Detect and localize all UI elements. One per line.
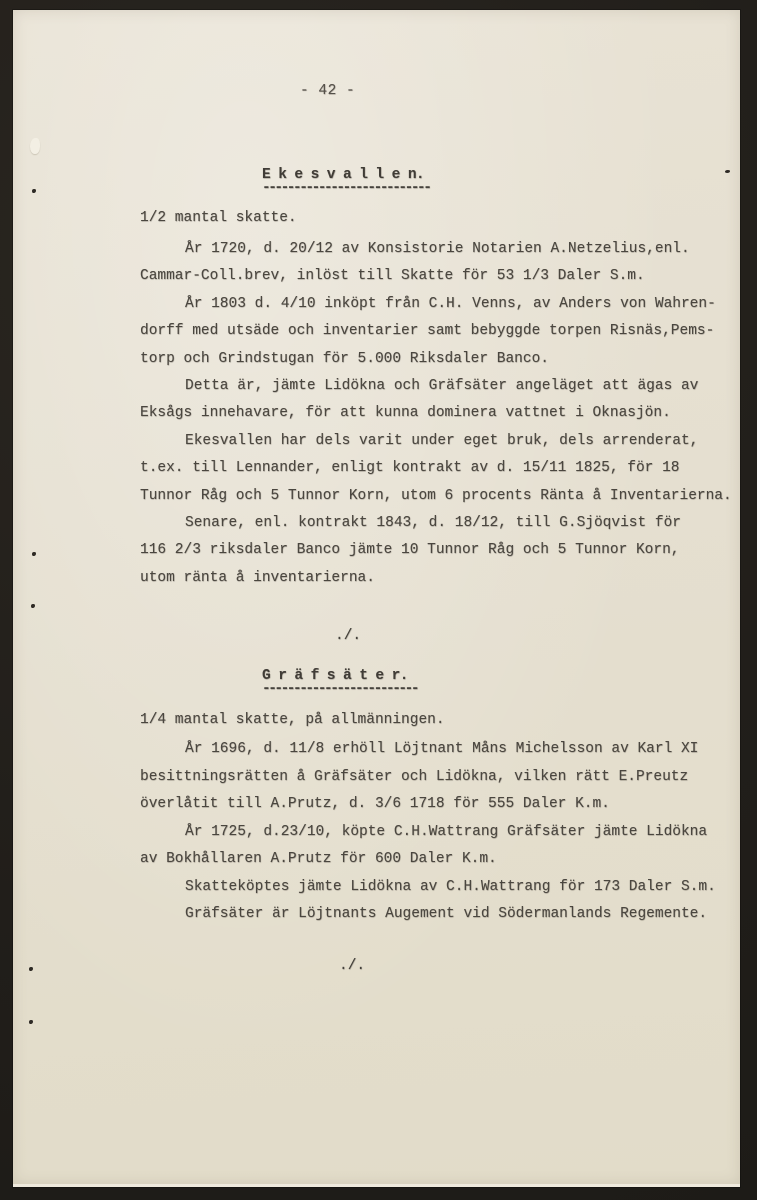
text-line: 116 2/3 riksdaler Banco jämte 10 Tunnor … xyxy=(140,537,732,564)
text-line: Gräfsäter är Löjtnants Augement vid Söde… xyxy=(140,901,716,929)
section-heading-ekesvallen: E k e s v a l l e n. -------------------… xyxy=(262,167,429,193)
text-line: av Bokhållaren A.Prutz för 600 Daler K.m… xyxy=(140,846,716,874)
text-line: Tunnor Råg och 5 Tunnor Korn, utom 6 pro… xyxy=(140,483,732,510)
text-line: Cammar-Coll.brev, inlöst till Skatte för… xyxy=(140,263,732,290)
paper-scuff xyxy=(30,138,40,154)
paper-speck xyxy=(32,552,36,556)
text-line: Skatteköptes jämte Lidökna av C.H.Wattra… xyxy=(140,874,716,902)
page-number: - 42 - xyxy=(300,83,355,99)
text-line: t.ex. till Lennander, enligt kontrakt av… xyxy=(140,455,732,482)
text-line: utom ränta å inventarierna. xyxy=(140,565,732,592)
section-subheading: 1/4 mantal skatte, på allmänningen. xyxy=(140,712,445,728)
text-line: besittningsrätten å Gräfsäter och Lidökn… xyxy=(140,764,716,792)
text-line: År 1725, d.23/10, köpte C.H.Wattrang Grä… xyxy=(140,819,716,847)
text-line: dorff med utsäde och inventarier samt be… xyxy=(140,318,732,345)
scanned-document-screenshot: { "colors": { "background": "#211e1a", "… xyxy=(0,0,757,1200)
text-line: torp och Grindstugan för 5.000 Riksdaler… xyxy=(140,346,732,373)
text-line: År 1720, d. 20/12 av Konsistorie Notarie… xyxy=(140,236,732,263)
paper-speck xyxy=(725,170,730,173)
paper-speck xyxy=(32,189,36,193)
text-line: överlåtit till A.Prutz, d. 3/6 1718 för … xyxy=(140,791,716,819)
text-line: År 1803 d. 4/10 inköpt från C.H. Venns, … xyxy=(140,291,732,318)
document-page: - 42 - E k e s v a l l e n. ------------… xyxy=(13,10,740,1187)
text-line: År 1696, d. 11/8 erhöll Löjtnant Måns Mi… xyxy=(140,736,716,764)
text-line: Senare, enl. kontrakt 1843, d. 18/12, ti… xyxy=(140,510,732,537)
section-separator: ./. xyxy=(339,958,365,974)
paper-speck xyxy=(29,1020,33,1024)
section-body-grafsater: År 1696, d. 11/8 erhöll Löjtnant Måns Mi… xyxy=(140,736,716,929)
paper-speck xyxy=(29,967,33,971)
paper-speck xyxy=(31,604,35,608)
section-separator: ./. xyxy=(335,628,361,644)
section-subheading: 1/2 mantal skatte. xyxy=(140,210,297,226)
heading-underline: ------------------------- xyxy=(262,685,417,694)
text-line: Ekesvallen har dels varit under eget bru… xyxy=(140,428,732,455)
section-body-ekesvallen: År 1720, d. 20/12 av Konsistorie Notarie… xyxy=(140,236,732,592)
text-line: Detta är, jämte Lidökna och Gräfsäter an… xyxy=(140,373,732,400)
heading-underline: --------------------------- xyxy=(262,184,429,193)
section-heading-grafsater: G r ä f s ä t e r. ---------------------… xyxy=(262,668,417,694)
text-line: Eksågs innehavare, för att kunna dominer… xyxy=(140,400,732,427)
